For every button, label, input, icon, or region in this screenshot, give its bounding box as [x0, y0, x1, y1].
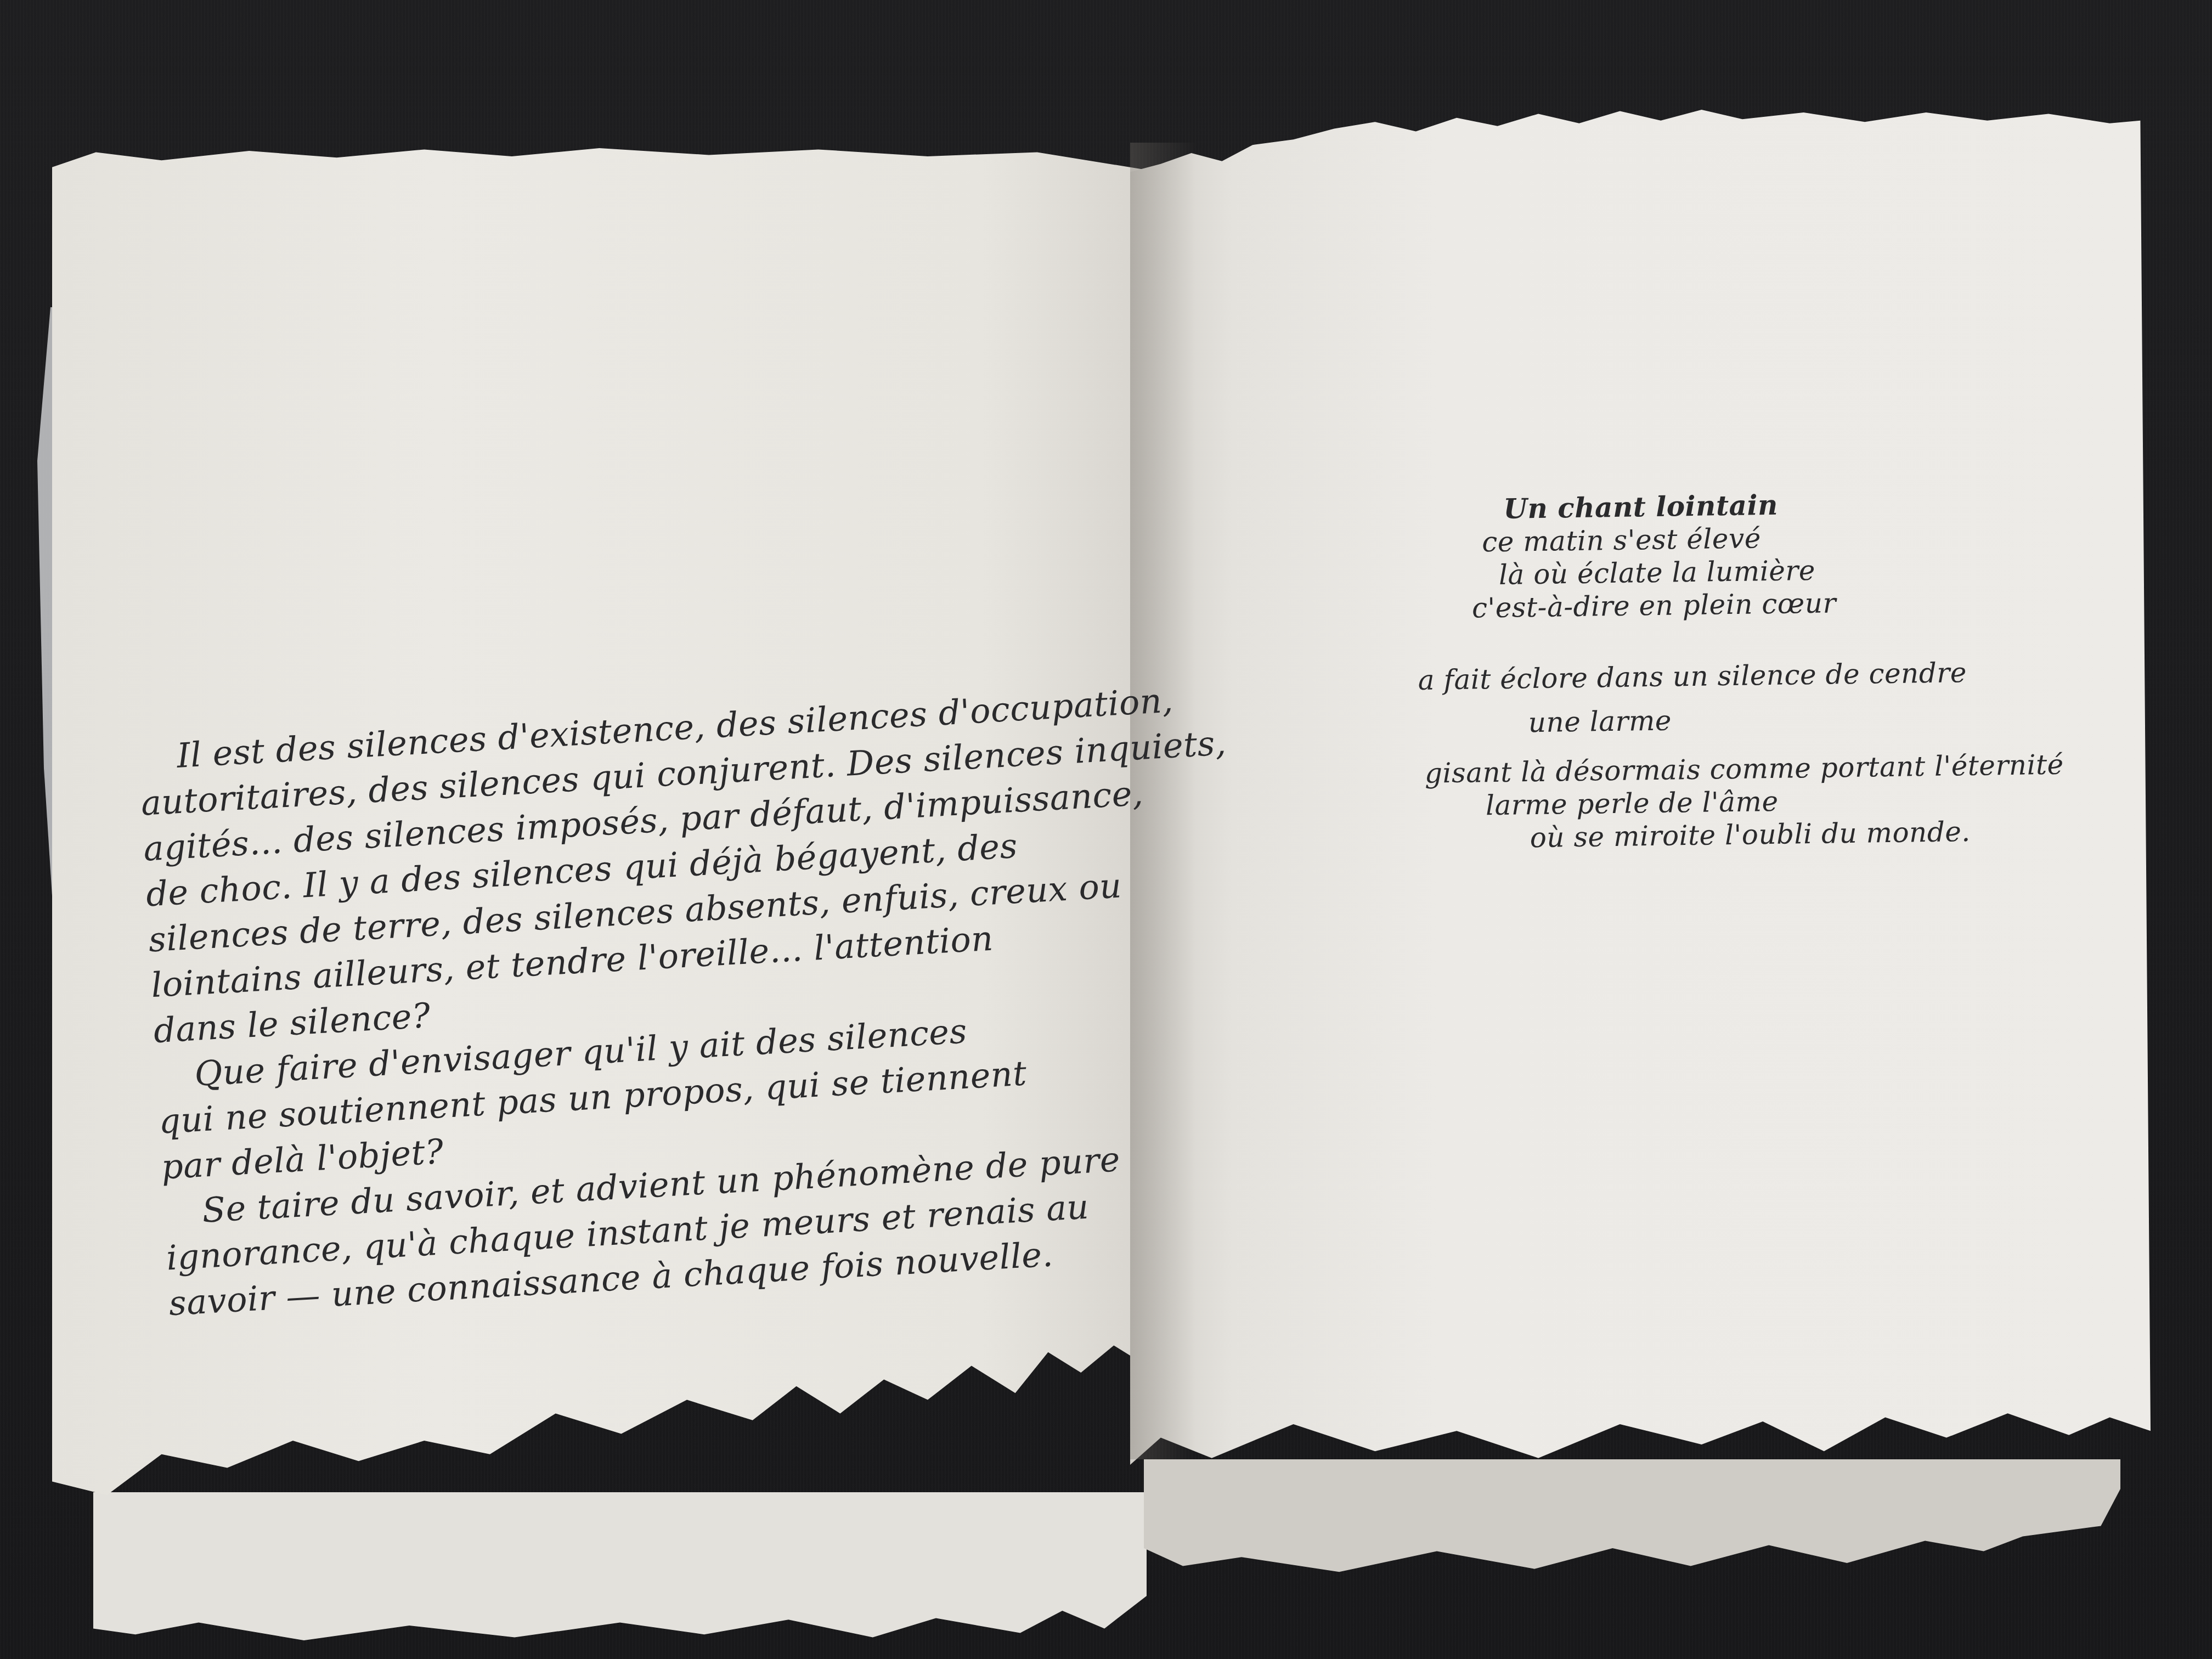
left-page-prose: Il est des silences d'existence, des sil… [137, 679, 1167, 1326]
underlying-sheet-left [93, 1492, 1147, 1640]
right-page-poem: Un chant lointain ce matin s'est élevé l… [1415, 484, 2134, 856]
